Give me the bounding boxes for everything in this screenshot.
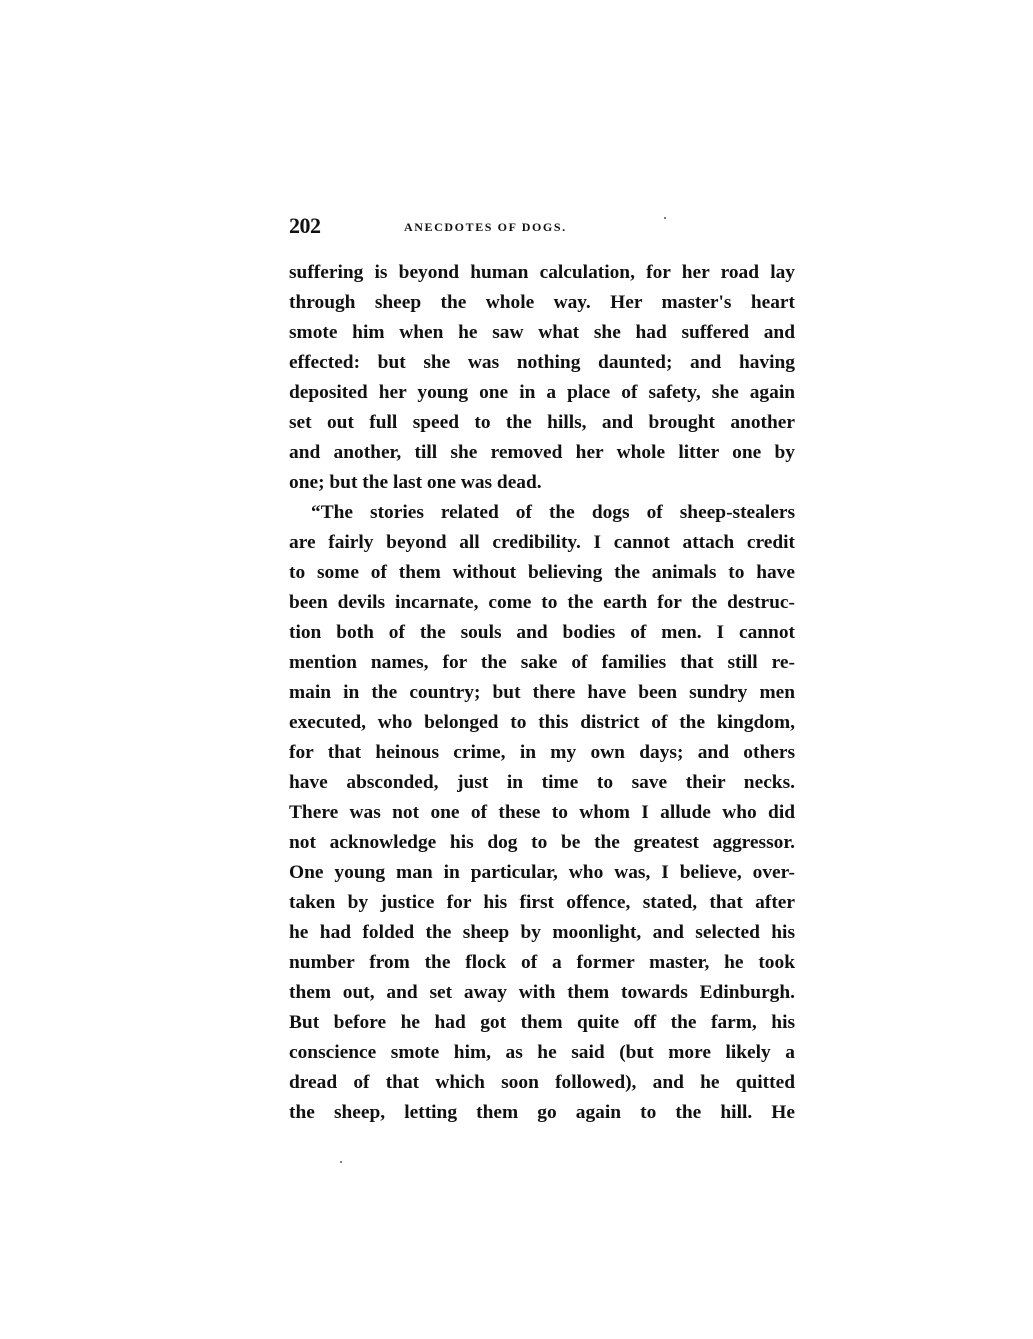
text-line: one; but the last one was dead. [289, 468, 795, 498]
text-line: the sheep, letting them go again to the … [289, 1098, 795, 1128]
text-line: number from the flock of a former master… [289, 948, 795, 978]
text-line: There was not one of these to whom I all… [289, 798, 795, 828]
scan-speck [340, 1161, 342, 1163]
text-line: taken by justice for his first offence, … [289, 888, 795, 918]
text-line: and another, till she removed her whole … [289, 438, 795, 468]
text-line: main in the country; but there have been… [289, 678, 795, 708]
text-line: suffering is beyond human calculation, f… [289, 258, 795, 288]
text-line: through sheep the whole way. Her master'… [289, 288, 795, 318]
text-line: for that heinous crime, in my own days; … [289, 738, 795, 768]
text-line: effected: but she was nothing daunted; a… [289, 348, 795, 378]
text-line: dread of that which soon followed), and … [289, 1068, 795, 1098]
text-line: set out full speed to the hills, and bro… [289, 408, 795, 438]
text-line: conscience smote him, as he said (but mo… [289, 1038, 795, 1068]
running-head: 202 ANECDOTES OF DOGS. [289, 213, 793, 241]
text-line: mention names, for the sake of families … [289, 648, 795, 678]
text-line: smote him when he saw what she had suffe… [289, 318, 795, 348]
book-page: 202 ANECDOTES OF DOGS. suffering is beyo… [0, 0, 1033, 1339]
paragraph-start-line: “The stories related of the dogs of shee… [289, 498, 795, 528]
text-line: have absconded, just in time to save the… [289, 768, 795, 798]
text-line: to some of them without believing the an… [289, 558, 795, 588]
running-title: ANECDOTES OF DOGS. [404, 220, 567, 235]
text-line: them out, and set away with them towards… [289, 978, 795, 1008]
text-line: not acknowledge his dog to be the greate… [289, 828, 795, 858]
page-number: 202 [289, 213, 321, 239]
text-line: One young man in particular, who was, I … [289, 858, 795, 888]
text-line: are fairly beyond all credibility. I can… [289, 528, 795, 558]
text-line: he had folded the sheep by moonlight, an… [289, 918, 795, 948]
text-line: deposited her young one in a place of sa… [289, 378, 795, 408]
text-line: tion both of the souls and bodies of men… [289, 618, 795, 648]
text-line: executed, who belonged to this district … [289, 708, 795, 738]
text-line: But before he had got them quite off the… [289, 1008, 795, 1038]
body-text: suffering is beyond human calculation, f… [289, 258, 795, 1128]
text-line: been devils incarnate, come to the earth… [289, 588, 795, 618]
scan-speck [664, 217, 666, 219]
